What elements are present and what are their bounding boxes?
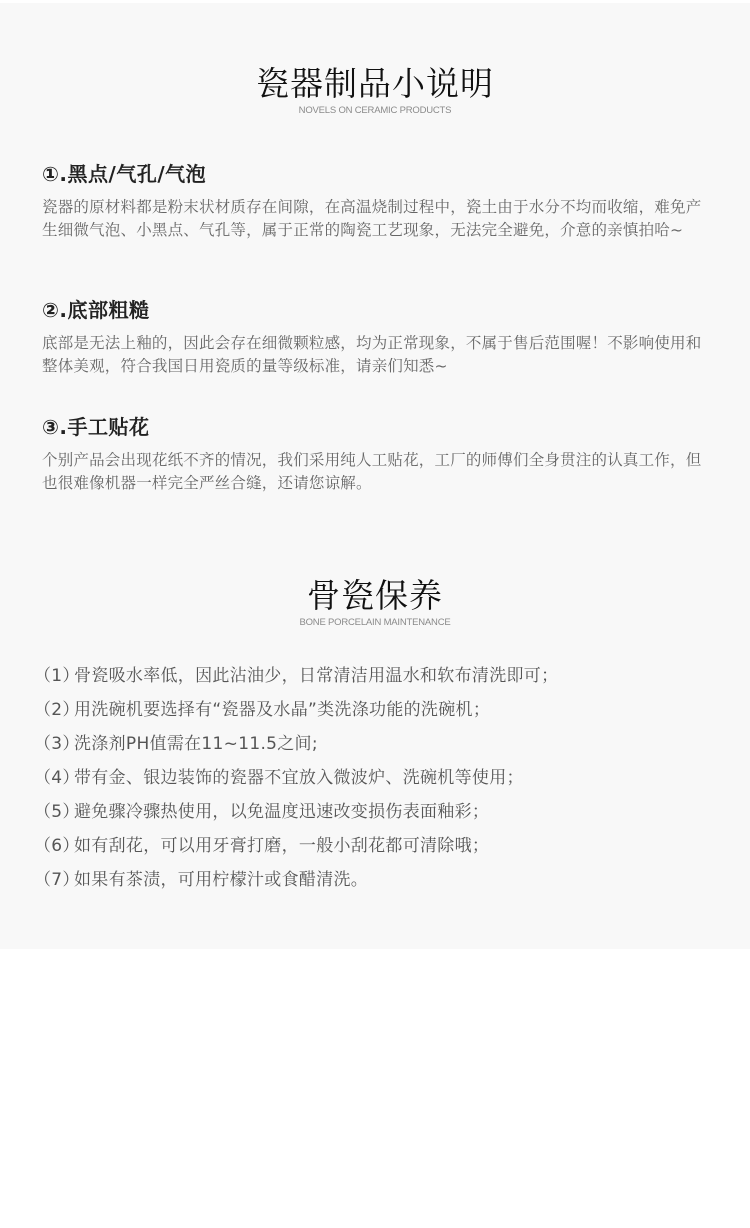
item-number: （4） — [34, 761, 74, 795]
care-section-subtitle: BONE PORCELAIN MAINTENANCE — [0, 617, 750, 629]
item-text: 如有刮花，可以用牙膏打磨，一般小刮花都可清除哦； — [74, 836, 489, 856]
note-heading: ①.黑点/气孔/气泡 — [42, 161, 712, 187]
item-number: （6） — [34, 829, 74, 863]
content-panel: 瓷器制品小说明 NOVELS ON CERAMIC PRODUCTS ①.黑点/… — [0, 3, 750, 949]
care-section-title: 骨瓷保养 — [0, 576, 750, 616]
item-text: 避免骤冷骤热使用，以免温度迅速改变损伤表面釉彩； — [74, 802, 489, 822]
item-text: 带有金、银边装饰的瓷器不宜放入微波炉、洗碗机等使用； — [74, 768, 524, 788]
item-text: 如果有茶渍，可用柠檬汁或食醋清洗。 — [74, 870, 368, 890]
notes-section-title: 瓷器制品小说明 — [0, 64, 750, 104]
notes-section-subtitle: NOVELS ON CERAMIC PRODUCTS — [0, 105, 750, 117]
list-item: （1）骨瓷吸水率低，因此沾油少，日常清洁用温水和软布清洗即可； — [34, 659, 724, 693]
item-text: 用洗碗机要选择有“瓷器及水晶”类洗涤功能的洗碗机； — [74, 700, 490, 720]
item-text: 洗涤剂PH值需在11~11.5之间; — [74, 734, 318, 754]
list-item: （5）避免骤冷骤热使用，以免温度迅速改变损伤表面釉彩； — [34, 795, 724, 829]
note-hand-decal: ③.手工贴花 个别产品会出现花纸不齐的情况，我们采用纯人工贴花，工厂的师傅们全身… — [42, 414, 712, 495]
item-number: （2） — [34, 693, 74, 727]
note-body: 个别产品会出现花纸不齐的情况，我们采用纯人工贴花，工厂的师傅们全身贯注的认真工作… — [42, 449, 712, 495]
item-number: （7） — [34, 863, 74, 897]
list-item: （7）如果有茶渍，可用柠檬汁或食醋清洗。 — [34, 863, 724, 897]
item-number: （3） — [34, 727, 74, 761]
note-rough-bottom: ②.底部粗糙 底部是无法上釉的，因此会存在细微颗粒感，均为正常现象，不属于售后范… — [42, 297, 712, 378]
note-body: 瓷器的原材料都是粉末状材质存在间隙，在高温烧制过程中，瓷土由于水分不均而收缩，难… — [42, 196, 712, 242]
item-number: （5） — [34, 795, 74, 829]
note-black-spots: ①.黑点/气孔/气泡 瓷器的原材料都是粉末状材质存在间隙，在高温烧制过程中，瓷土… — [42, 161, 712, 242]
list-item: （3）洗涤剂PH值需在11~11.5之间; — [34, 727, 724, 761]
list-item: （6）如有刮花，可以用牙膏打磨，一般小刮花都可清除哦； — [34, 829, 724, 863]
note-heading: ②.底部粗糙 — [42, 297, 712, 323]
item-text: 骨瓷吸水率低，因此沾油少，日常清洁用温水和软布清洗即可； — [74, 666, 558, 686]
list-item: （2）用洗碗机要选择有“瓷器及水晶”类洗涤功能的洗碗机； — [34, 693, 724, 727]
item-number: （1） — [34, 659, 74, 693]
note-body: 底部是无法上釉的，因此会存在细微颗粒感，均为正常现象，不属于售后范围喔！不影响使… — [42, 332, 712, 378]
care-list: （1）骨瓷吸水率低，因此沾油少，日常清洁用温水和软布清洗即可； （2）用洗碗机要… — [34, 659, 724, 897]
note-heading: ③.手工贴花 — [42, 414, 712, 440]
list-item: （4）带有金、银边装饰的瓷器不宜放入微波炉、洗碗机等使用； — [34, 761, 724, 795]
